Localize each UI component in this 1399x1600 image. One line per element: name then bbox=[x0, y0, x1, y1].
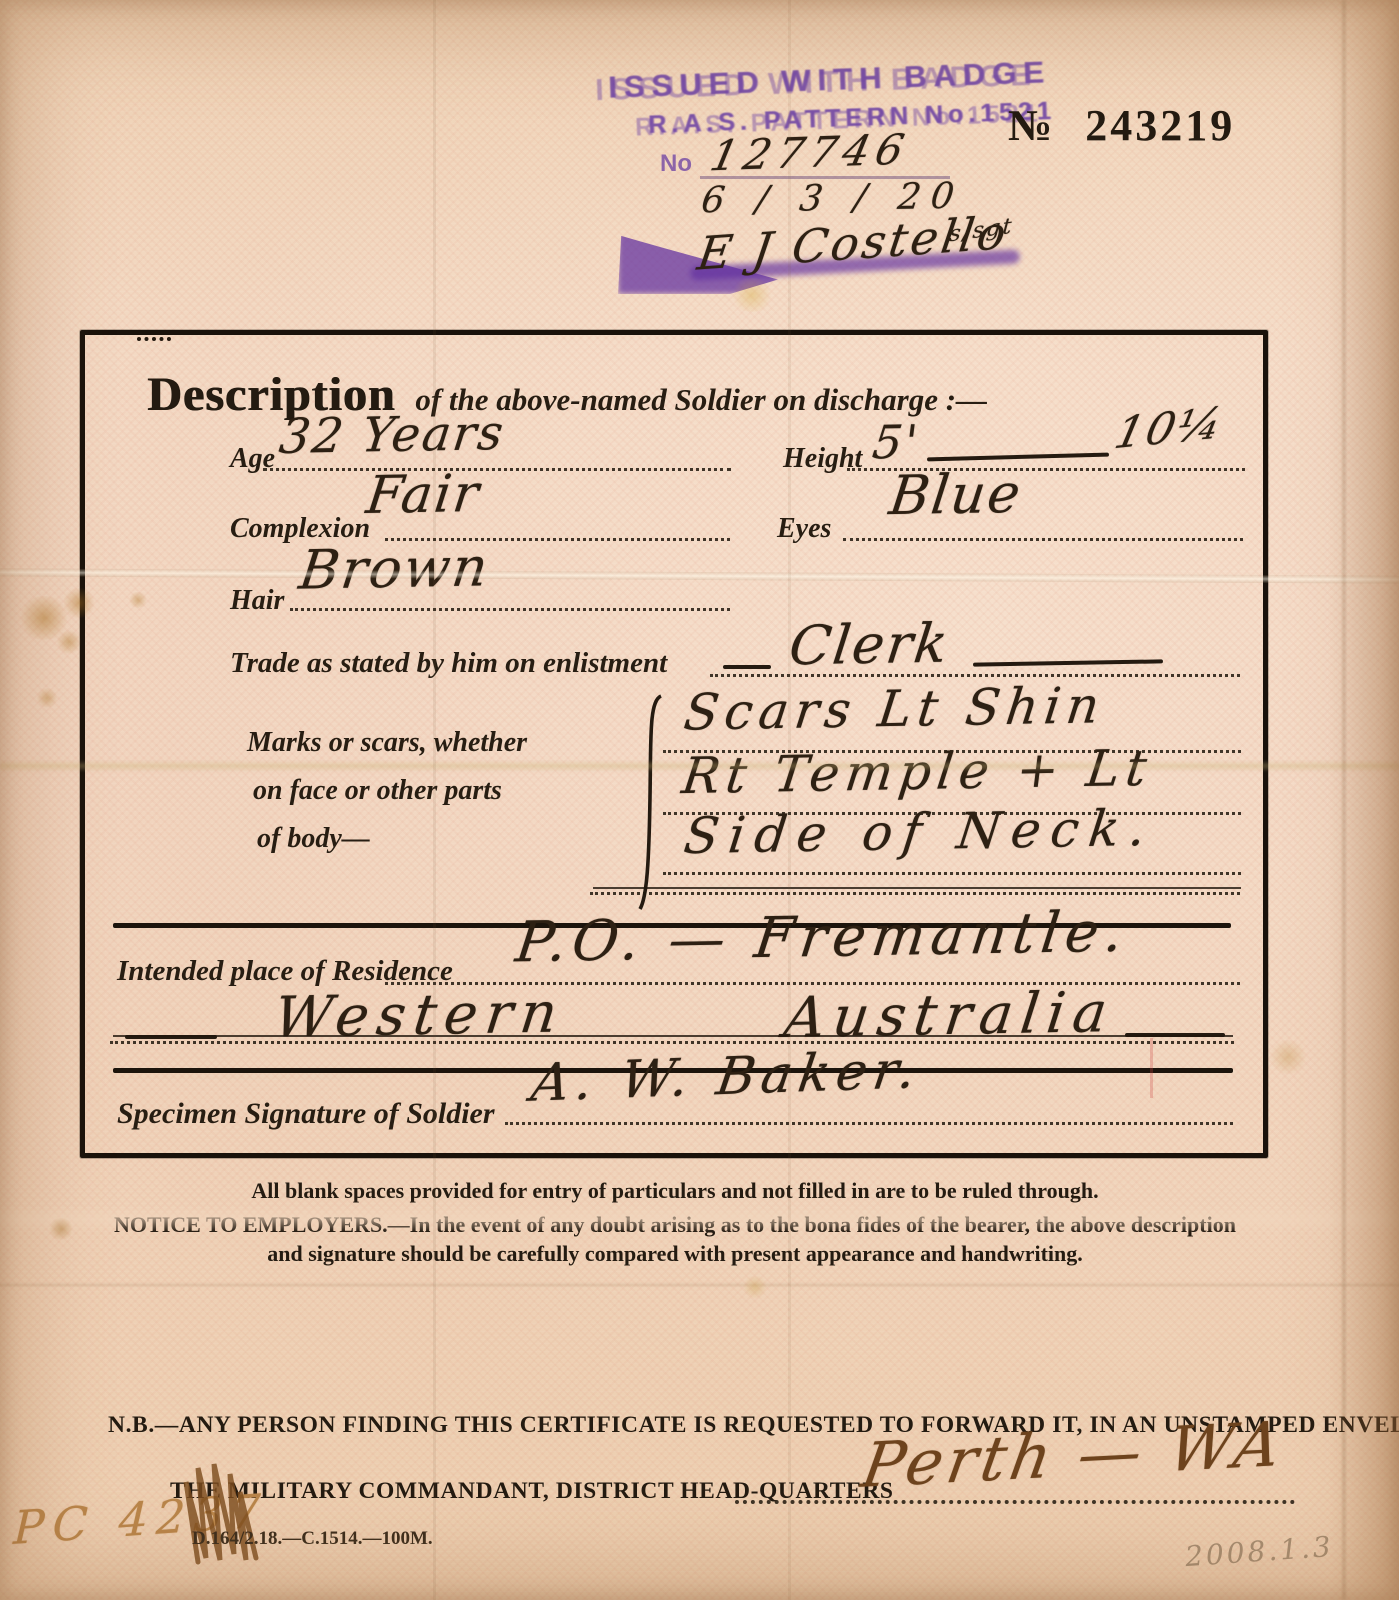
specimen-label: Specimen Signature of Soldier bbox=[117, 1097, 495, 1131]
stain-left-4 bbox=[36, 688, 58, 708]
employers-notice-line2: and signature should be carefully compar… bbox=[0, 1241, 1350, 1267]
residence-line-2-dotted bbox=[110, 1035, 1234, 1044]
initials-scribble bbox=[182, 1462, 274, 1570]
hair-label: Hair bbox=[230, 585, 284, 617]
stain-mid-right bbox=[1268, 1040, 1308, 1074]
hair-line bbox=[290, 575, 730, 611]
trade-line bbox=[710, 637, 1240, 677]
serial-value: 243219 bbox=[1085, 101, 1235, 150]
eyes-label: Eyes bbox=[777, 513, 831, 545]
specimen-line bbox=[505, 1083, 1233, 1125]
trade-label: Trade as stated by him on enlistment bbox=[230, 647, 667, 680]
badge-number-handwritten: 127746 bbox=[706, 125, 914, 181]
fold-crease-lower bbox=[0, 1282, 1399, 1288]
age-line bbox=[263, 435, 731, 471]
print-code: D.164/2.18.—C.1514.—100M. bbox=[192, 1528, 433, 1550]
marks-label-1: Marks or scars, whether bbox=[247, 727, 527, 759]
scan-edge-shadow bbox=[1329, 0, 1399, 1600]
stain-left-1 bbox=[18, 596, 70, 640]
description-box: Description of the above-named Soldier o… bbox=[80, 330, 1268, 1158]
serial-number: № 243219 bbox=[1008, 100, 1235, 151]
stain-notice-area bbox=[742, 1276, 768, 1298]
rule-through-notice: All blank spaces provided for entry of p… bbox=[0, 1178, 1350, 1204]
brace-glyph bbox=[637, 693, 665, 913]
marks-blank-line-dotted bbox=[590, 887, 1240, 895]
stamp-no-label: No bbox=[660, 150, 692, 178]
accession-number-pencil: 2008.1.3 bbox=[1184, 1530, 1335, 1573]
marks-label-2: on face or other parts bbox=[253, 775, 502, 807]
red-mark bbox=[1150, 1038, 1153, 1098]
paper-edge-fold-right bbox=[1342, 0, 1346, 1600]
marks-line-3 bbox=[663, 835, 1241, 875]
complexion-line bbox=[385, 503, 730, 541]
corner-dots bbox=[137, 337, 171, 341]
section-title-row: Description of the above-named Soldier o… bbox=[147, 367, 987, 422]
discharge-certificate-scan: ISSUED WITH BADGE R.A.S. PATTERN No.1521… bbox=[0, 0, 1399, 1600]
residence-line-1 bbox=[385, 943, 1240, 985]
stain-left-3 bbox=[56, 630, 82, 654]
stain-center-yellow bbox=[730, 278, 774, 312]
employers-notice-line1: NOTICE TO EMPLOYERS.—In the event of any… bbox=[0, 1212, 1350, 1238]
serial-prefix: № bbox=[1008, 101, 1055, 150]
marks-label-3: of body— bbox=[257, 823, 370, 855]
issued-with-badge-stamp: ISSUED WITH BADGE bbox=[608, 54, 1052, 105]
eyes-line bbox=[843, 503, 1243, 541]
